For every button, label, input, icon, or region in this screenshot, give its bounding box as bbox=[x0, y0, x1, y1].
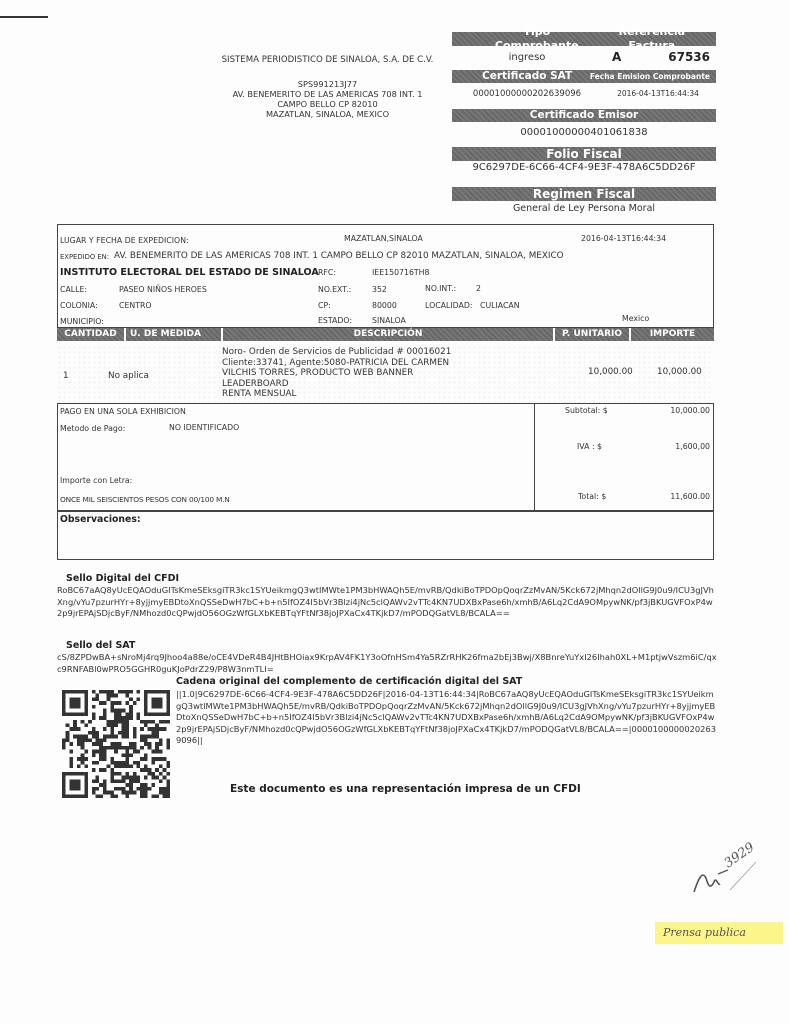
regimen-fiscal-header: Regimen Fiscal bbox=[452, 187, 716, 201]
sello-cfdi-value: RoBC67aAQ8yUcEQAOduGITsKmeSEksgiTR3kc1SY… bbox=[57, 585, 717, 620]
col-cantidad: CANTIDAD bbox=[57, 328, 124, 341]
item-unidad: No aplica bbox=[108, 371, 149, 381]
issuer-name: SISTEMA PERIODISTICO DE SINALOA, S.A. DE… bbox=[200, 55, 455, 65]
localidad-label: LOCALIDAD: bbox=[425, 301, 472, 310]
scan-mark bbox=[0, 16, 48, 18]
colonia-label: COLONIA: bbox=[60, 301, 98, 310]
item-descripcion: Noro- Orden de Servicios de Publicidad #… bbox=[222, 347, 451, 400]
fecha-emision-label: Fecha Emision Comprobante bbox=[590, 70, 710, 83]
importe-letra-value: ONCE MIL SEISCIENTOS PESOS CON 00/100 M.… bbox=[60, 495, 230, 504]
metodo-pago-value: NO IDENTIFICADO bbox=[169, 423, 239, 432]
serie-value: A bbox=[612, 50, 621, 64]
items-table-header: CANTIDAD U. DE MEDIDA DESCRIPCIÓN P. UNI… bbox=[57, 328, 714, 341]
col-unidad: U. DE MEDIDA bbox=[126, 328, 221, 341]
fecha-expedicion-value: 2016-04-13T16:44:34 bbox=[581, 234, 666, 243]
rfc-value: IEE150716TH8 bbox=[372, 268, 430, 277]
totals-divider bbox=[534, 404, 535, 510]
iva-value: 1,600,00 bbox=[656, 442, 710, 451]
totals-frame: PAGO EN UNA SOLA EXHIBICION Metodo de Pa… bbox=[57, 403, 714, 511]
cfdi-footer-note: Este documento es una representación imp… bbox=[230, 783, 630, 795]
estado-label: ESTADO: bbox=[318, 316, 352, 325]
pais-value: Mexico bbox=[622, 314, 649, 323]
cadena-original-value: ||1.0|9C6297DE-6C66-4CF4-9E3F-478A6C5DD2… bbox=[176, 689, 716, 747]
folio-value: 67536 bbox=[668, 50, 710, 64]
handwritten-highlight-note: Prensa publica bbox=[655, 922, 783, 944]
issuer-address-2: CAMPO BELLO CP 82010 bbox=[200, 99, 455, 109]
localidad-value: CULIACAN bbox=[480, 301, 520, 310]
col-descripcion: DESCRIPCIÓN bbox=[223, 328, 553, 341]
certificado-sat-value: 00001000000202639096 bbox=[452, 89, 602, 99]
item-importe: 10,000.00 bbox=[657, 367, 702, 377]
col-importe: IMPORTE bbox=[631, 328, 714, 341]
fecha-emision-value: 2016-04-13T16:44:34 bbox=[600, 89, 716, 98]
folio-fiscal-header: Folio Fiscal bbox=[452, 147, 716, 161]
forma-pago: PAGO EN UNA SOLA EXHIBICION bbox=[60, 407, 186, 416]
subtotal-value: 10,000.00 bbox=[656, 406, 710, 415]
expedido-en-value: AV. BENEMERITO DE LAS AMERICAS 708 INT. … bbox=[114, 251, 564, 261]
estado-value: SINALOA bbox=[372, 316, 406, 325]
item-precio-unitario: 10,000.00 bbox=[588, 367, 633, 377]
calle-value: PASEO NIÑOS HEROES bbox=[119, 285, 207, 294]
tipo-comprobante-value: ingreso bbox=[452, 52, 602, 63]
certificado-emisor-value: 00001000000401061838 bbox=[452, 127, 716, 138]
tipo-referencia-header: Tipo Comprobante Referencia Factura bbox=[452, 32, 716, 46]
issuer-address-3: MAZATLAN, SINALOA, MEXICO bbox=[200, 109, 455, 119]
receptor-name: INSTITUTO ELECTORAL DEL ESTADO DE SINALO… bbox=[60, 267, 319, 278]
referencia-factura-value: A 67536 bbox=[600, 50, 716, 64]
observaciones-label: Observaciones: bbox=[60, 514, 141, 525]
handwritten-signature-icon: 3929 bbox=[688, 840, 768, 900]
qr-code-icon bbox=[62, 690, 170, 798]
certificado-sat-header: Certificado SAT Fecha Emision Comprobant… bbox=[452, 70, 716, 83]
sello-cfdi-title: Sello Digital del CFDI bbox=[66, 573, 179, 584]
iva-label: IVA : $ bbox=[577, 442, 602, 451]
no-int-label: NO.INT.: bbox=[425, 284, 456, 293]
cp-label: CP: bbox=[318, 301, 331, 310]
tipo-comprobante-label: Tipo Comprobante bbox=[458, 25, 594, 53]
cp-value: 80000 bbox=[372, 301, 397, 310]
certificado-sat-label: Certificado SAT bbox=[458, 70, 572, 83]
issuer-rfc: SPS991213J77 bbox=[200, 79, 455, 89]
item-cantidad: 1 bbox=[63, 371, 69, 381]
table-row: 1 No aplica Noro- Orden de Servicios de … bbox=[57, 345, 714, 403]
rfc-label: RFC: bbox=[318, 268, 336, 277]
issuer-block: SISTEMA PERIODISTICO DE SINALOA, S.A. DE… bbox=[200, 55, 455, 119]
total-value: 11,600.00 bbox=[656, 492, 710, 501]
no-int-value: 2 bbox=[476, 284, 481, 293]
importe-letra-label: Importe con Letra: bbox=[60, 476, 132, 485]
lugar-value: MAZATLAN,SINALOA bbox=[344, 234, 423, 243]
observaciones-box: Observaciones: bbox=[57, 511, 714, 560]
folio-fiscal-value: 9C6297DE-6C66-4CF4-9E3F-478A6C5DD26F bbox=[452, 162, 716, 173]
cadena-original-title: Cadena original del complemento de certi… bbox=[176, 676, 522, 687]
descripcion-line: VILCHIS TORRES, PRODUCTO WEB BANNER bbox=[222, 368, 451, 379]
referencia-factura-label: Referencia Factura bbox=[594, 25, 710, 53]
expedido-en-label: EXPEDIDO EN: bbox=[60, 253, 109, 261]
descripcion-line: RENTA MENSUAL bbox=[222, 389, 451, 400]
municipio-label: MUNICIPIO: bbox=[60, 317, 104, 326]
certificado-emisor-header: Certificado Emisor bbox=[452, 109, 716, 122]
calle-label: CALLE: bbox=[60, 285, 87, 294]
issuer-address-1: AV. BENEMERITO DE LAS AMERICAS 708 INT. … bbox=[200, 89, 455, 99]
descripcion-line: Noro- Orden de Servicios de Publicidad #… bbox=[222, 347, 451, 358]
sello-sat-title: Sello del SAT bbox=[66, 640, 135, 651]
sello-sat-value: cS/8ZPDwBA+sNroMj4rq9Jhoo4a88e/oCE4VDeR4… bbox=[57, 652, 717, 675]
no-ext-label: NO.EXT.: bbox=[318, 285, 351, 294]
metodo-pago-label: Metodo de Pago: bbox=[60, 424, 125, 433]
subtotal-label: Subtotal: $ bbox=[565, 406, 608, 415]
colonia-value: CENTRO bbox=[119, 301, 152, 310]
descripcion-line: Cliente:33741, Agente:5080-PATRICIA DEL … bbox=[222, 358, 451, 369]
descripcion-line: LEADERBOARD bbox=[222, 379, 451, 390]
no-ext-value: 352 bbox=[372, 285, 387, 294]
regimen-fiscal-value: General de Ley Persona Moral bbox=[452, 203, 716, 214]
col-precio-unitario: P. UNITARIO bbox=[555, 328, 629, 341]
total-label: Total: $ bbox=[578, 492, 606, 501]
lugar-fecha-label: LUGAR Y FECHA DE EXPEDICION: bbox=[60, 236, 189, 245]
